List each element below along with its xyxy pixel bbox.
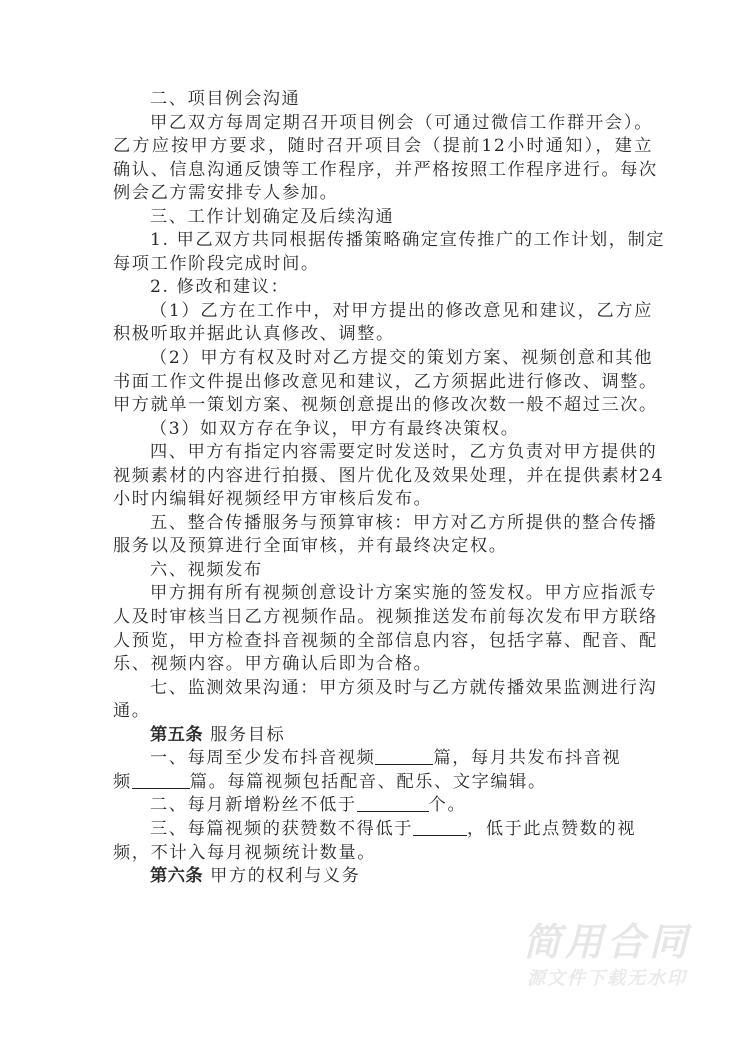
item-2-text-end: 个。 (429, 795, 467, 815)
document-line: 人预览，甲方检查抖音视频的全部信息内容，包括字幕、配音、配 (113, 630, 653, 654)
article-5-label: 第五条 (150, 725, 203, 745)
document-line: 甲乙双方每周定期召开项目例会（可通过微信工作群开会）。 (113, 112, 653, 136)
article-5-item-1-cont: 频篇。每篇视频包括配音、配乐、文字编辑。 (113, 771, 653, 795)
document-line: 人及时审核当日乙方视频作品。视频推送发布前每次发布甲方联络 (113, 606, 653, 630)
article-6-title: 甲方的权利与义务 (203, 866, 360, 886)
document-body: 二、项目例会沟通甲乙双方每周定期召开项目例会（可通过微信工作群开会）。乙方应按甲… (113, 88, 653, 724)
document-line: 2. 修改和建议： (113, 276, 653, 300)
document-line: 书面工作文件提出修改意见和建议，乙方须据此进行修改、调整。 (113, 371, 653, 395)
min-likes-blank[interactable] (413, 818, 467, 836)
weekly-videos-blank[interactable] (375, 747, 433, 765)
item-2-text: 二、每月新增粉丝不低于 (150, 795, 357, 815)
document-line: 六、视频发布 (113, 559, 653, 583)
watermark-logo-text: 简用合同 (512, 920, 702, 964)
document-line: 1. 甲乙双方共同根据传播策略确定宣传推广的工作计划，制定 (113, 229, 653, 253)
document-line: 确认、信息沟通反馈等工作程序，并严格按照工作程序进行。每次 (113, 159, 653, 183)
document-line: 积极听取并据此认真修改、调整。 (113, 323, 653, 347)
document-line: 乙方应按甲方要求，随时召开项目会（提前12小时通知），建立 (113, 135, 653, 159)
item-1-text-wrap: 频 (113, 772, 132, 792)
monthly-followers-blank[interactable] (357, 794, 429, 812)
article-6-label: 第六条 (150, 866, 203, 886)
item-1-text-end: 篇。每篇视频包括配音、配乐、文字编辑。 (190, 772, 547, 792)
document-line: 视频素材的内容进行拍摄、图片优化及效果处理，并在提供素材24 (113, 465, 653, 489)
watermark: 简用合同 源文件下载无水印 (512, 920, 702, 994)
article-5-item-2: 二、每月新增粉丝不低于个。 (113, 794, 653, 818)
document-line: 每项工作阶段完成时间。 (113, 253, 653, 277)
item-3-text: 三、每篇视频的获赞数不得低于 (150, 819, 413, 839)
document-page: 二、项目例会沟通甲乙双方每周定期召开项目例会（可通过微信工作群开会）。乙方应按甲… (113, 88, 653, 889)
document-line: 甲方拥有所有视频创意设计方案实施的签发权。甲方应指派专 (113, 582, 653, 606)
document-line: （2）甲方有权及时对乙方提交的策划方案、视频创意和其他 (113, 347, 653, 371)
item-3-text-end: 频，不计入每月视频统计数量。 (113, 843, 376, 863)
document-line: （3）如双方存在争议，甲方有最终决策权。 (113, 418, 653, 442)
article-5-title: 服务目标 (203, 725, 285, 745)
article-5-heading: 第五条 服务目标 (113, 724, 653, 748)
article-5-item-3-cont: 频，不计入每月视频统计数量。 (113, 842, 653, 866)
watermark-subtext: 源文件下载无水印 (512, 964, 702, 994)
document-line: 五、整合传播服务与预算审核：甲方对乙方所提供的整合传播 (113, 512, 653, 536)
item-3-text-cont: ，低于此点赞数的视 (467, 819, 636, 839)
document-line: 乐、视频内容。甲方确认后即为合格。 (113, 653, 653, 677)
document-line: 例会乙方需安排专人参加。 (113, 182, 653, 206)
document-line: 小时内编辑好视频经甲方审核后发布。 (113, 488, 653, 512)
item-1-text: 一、每周至少发布抖音视频 (150, 748, 375, 768)
document-line: 四、甲方有指定内容需要定时发送时，乙方负责对甲方提供的 (113, 441, 653, 465)
article-5-item-1: 一、每周至少发布抖音视频篇，每月共发布抖音视 (113, 747, 653, 771)
document-line: 七、监测效果沟通：甲方须及时与乙方就传播效果监测进行沟 (113, 677, 653, 701)
article-6-heading: 第六条 甲方的权利与义务 (113, 865, 653, 889)
document-line: 服务以及预算进行全面审核，并有最终决定权。 (113, 535, 653, 559)
document-line: 甲方就单一策划方案、视频创意提出的修改次数一般不超过三次。 (113, 394, 653, 418)
document-line: 二、项目例会沟通 (113, 88, 653, 112)
item-1-text-cont: 篇，每月共发布抖音视 (433, 748, 621, 768)
document-line: （1）乙方在工作中，对甲方提出的修改意见和建议，乙方应 (113, 300, 653, 324)
document-line: 通。 (113, 700, 653, 724)
document-line: 三、工作计划确定及后续沟通 (113, 206, 653, 230)
monthly-videos-blank[interactable] (132, 771, 190, 789)
article-5-item-3: 三、每篇视频的获赞数不得低于，低于此点赞数的视 (113, 818, 653, 842)
